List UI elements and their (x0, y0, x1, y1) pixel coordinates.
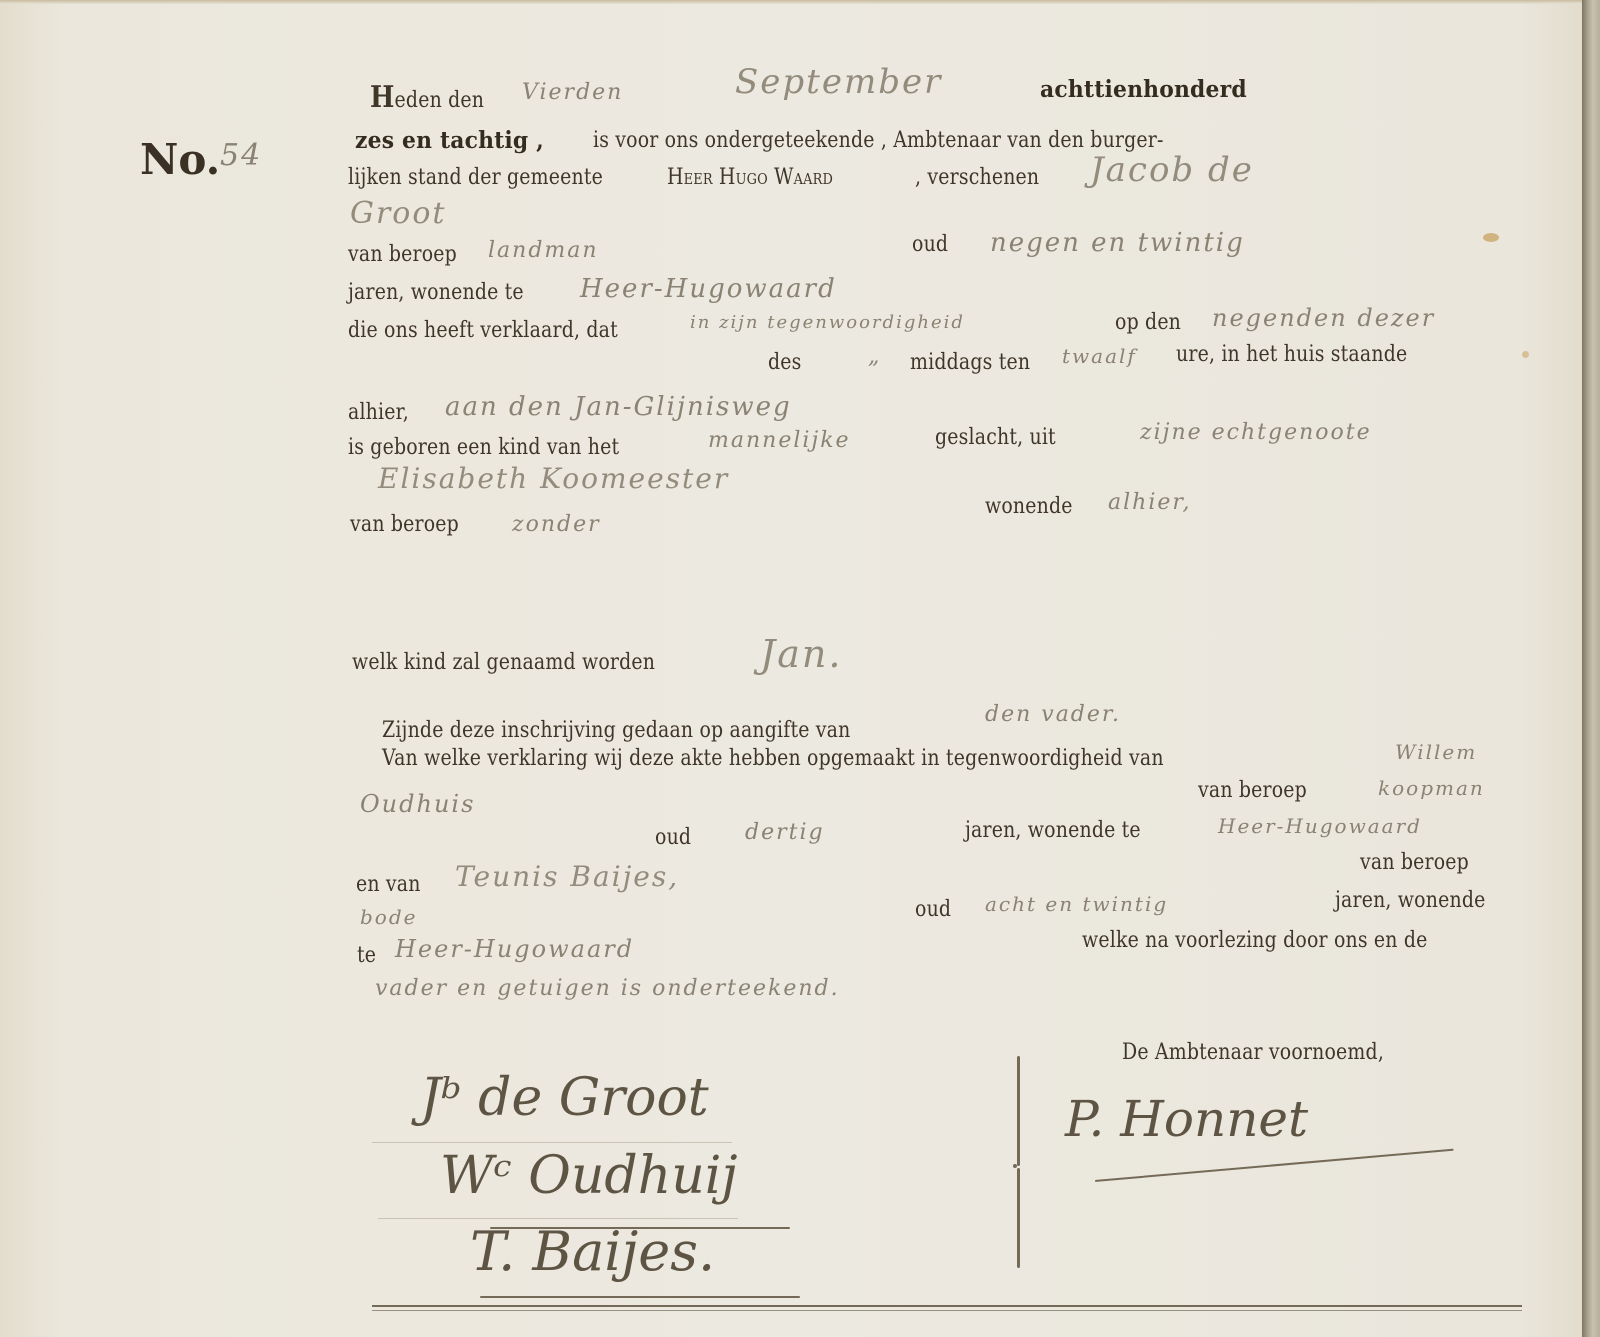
paper-stain (1522, 351, 1529, 358)
printed-witness1-jaren: jaren, wonende te (965, 818, 1141, 843)
bottom-rule-lower (372, 1310, 1522, 1311)
hw-address: aan den Jan-Glijnisweg (445, 392, 792, 422)
hw-witness1-occupation: koopman (1378, 776, 1485, 800)
official-label: De Ambtenaar voornoemd, (1122, 1040, 1384, 1065)
printed-alhier: alhier, (348, 400, 409, 425)
hw-declarant-occupation: landman (488, 238, 599, 263)
printed-op-den: op den (1115, 310, 1181, 335)
printed-line2: is voor ons ondergeteekende , Ambtenaar … (593, 128, 1164, 153)
printed-witness2-jaren: jaren, wonende (1335, 888, 1485, 913)
book-binding-edge (1582, 0, 1600, 1337)
hw-witness1-age: dertig (745, 820, 825, 845)
hw-witness2-occupation: bode (360, 905, 417, 929)
document-page: No. 54 Heden den Vierden September achtt… (0, 0, 1582, 1337)
hw-declarant-name-a: Jacob de (1090, 150, 1254, 190)
hw-birth-hour: twaalf (1062, 344, 1137, 368)
signature-witness2: T. Baijes. (470, 1220, 715, 1283)
printed-witness1-beroep: van beroep (1198, 778, 1307, 803)
hw-birth-day: negenden dezer (1212, 304, 1435, 332)
printed-witness2-beroep: van beroep (1360, 850, 1469, 875)
printed-heden-text: eden den (395, 88, 485, 113)
hw-child-name: Jan. (760, 632, 842, 676)
paper-stain (1483, 233, 1499, 242)
printed-genaamd: welk kind zal genaamd worden (352, 650, 655, 675)
printed-geslacht: geslacht, uit (935, 425, 1056, 450)
record-number-label: No. (140, 135, 220, 184)
printed-zijnde: Zijnde deze inschrijving gedaan op aangi… (382, 718, 850, 743)
printed-mother-wonende: wonende (985, 494, 1073, 519)
printed-year-b: zes en tachtig , (355, 127, 544, 154)
hw-informant: den vader. (985, 702, 1121, 727)
printed-year-a: achttienhonderd (1040, 76, 1247, 103)
hw-declarant-name-b: Groot (350, 196, 446, 231)
printed-en-van: en van (356, 872, 421, 897)
signature-underline (480, 1296, 800, 1298)
bracket-divider-top (1017, 1056, 1020, 1166)
printed-ure: ure, in het huis staande (1176, 342, 1407, 367)
printed-verklaring: Van welke verklaring wij deze akte hebbe… (382, 746, 1164, 771)
signature-witness1: Wᶜ Oudhuij (440, 1146, 737, 1206)
municipality: Heer Hugo Waard (667, 165, 833, 190)
signature-father: Jᵇ de Groot (420, 1068, 709, 1128)
printed-oud: oud (912, 232, 948, 257)
bracket-divider-point (1013, 1164, 1017, 1168)
printed-des: des (768, 350, 802, 375)
printed-heden: Heden den (370, 80, 484, 115)
signature-official: P. Honnet (1065, 1090, 1308, 1148)
record-number: 54 (220, 138, 262, 173)
printed-witness1-oud: oud (655, 825, 691, 850)
hw-sex: mannelijke (708, 428, 851, 453)
hw-month: September (735, 62, 942, 102)
printed-verklaard: die ons heeft verklaard, dat (348, 318, 618, 343)
printed-witness2-oud: oud (915, 897, 951, 922)
printed-line3-a: lijken stand der gemeente (348, 165, 603, 190)
hw-mother-residence: alhier, (1108, 490, 1191, 515)
hw-witness2-age: acht en twintig (985, 892, 1168, 916)
hw-witness1-last: Oudhuis (360, 790, 475, 818)
bracket-divider-bottom (1017, 1168, 1020, 1268)
hw-day: Vierden (522, 80, 623, 105)
printed-geboren: is geboren een kind van het (348, 435, 619, 460)
signature-guide-line (378, 1218, 738, 1219)
bleed-through-text (90, 95, 96, 116)
hw-time-quote: „ (868, 344, 881, 369)
hw-closing: vader en getuigen is onderteekend. (375, 976, 840, 1001)
hw-declarant-residence: Heer-Hugowaard (580, 274, 837, 304)
printed-middags: middags ten (910, 350, 1030, 375)
printed-line3-b: , verschenen (915, 165, 1039, 190)
hw-witness2-name: Teunis Baijes, (455, 860, 679, 893)
record-number-prefix: No. (140, 135, 220, 184)
printed-te: te (357, 943, 376, 968)
hw-witness2-residence: Heer-Hugowaard (395, 935, 634, 963)
printed-mother-beroep: van beroep (350, 512, 459, 537)
drop-cap-h: H (370, 80, 395, 115)
official-signature-underline (1095, 1149, 1454, 1182)
signature-guide-line (372, 1142, 732, 1143)
hw-mother-name: Elisabeth Koomeester (378, 462, 729, 495)
printed-beroep: van beroep (348, 242, 457, 267)
hw-presence: in zijn tegenwoordigheid (690, 312, 965, 333)
page-top-edge (0, 0, 1582, 4)
printed-welke: welke na voorlezing door ons en de (1082, 928, 1428, 953)
hw-witness1-first: Willem (1395, 740, 1477, 764)
hw-mother-occupation: zonder (512, 512, 601, 537)
hw-declarant-age: negen en twintig (990, 228, 1245, 258)
printed-jaren-wonende: jaren, wonende te (348, 280, 524, 305)
hw-witness1-residence: Heer-Hugowaard (1218, 814, 1422, 838)
hw-mother-intro: zijne echtgenoote (1140, 420, 1372, 445)
bottom-rule-upper (372, 1305, 1522, 1307)
